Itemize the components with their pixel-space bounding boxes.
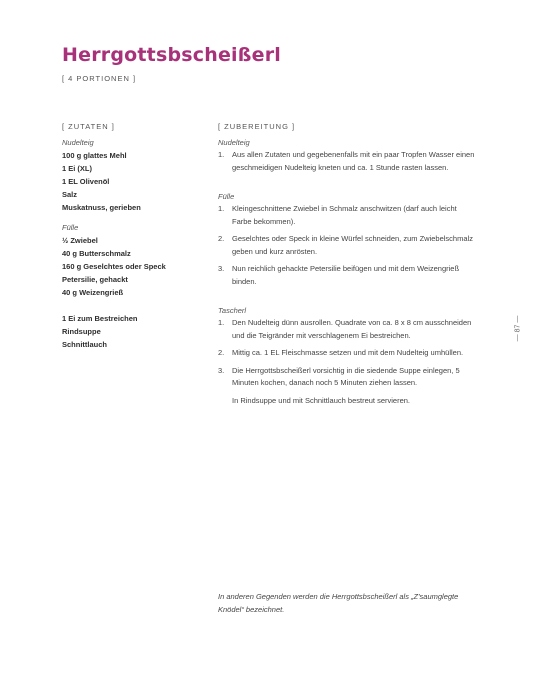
step-number: 2. bbox=[218, 347, 232, 360]
step-item: 1.Kleingeschnittene Zwiebel in Schmalz a… bbox=[218, 203, 478, 228]
step-number: 1. bbox=[218, 149, 232, 174]
ingredient-item: 160 g Geselchtes oder Speck bbox=[62, 260, 202, 273]
step-number: 3. bbox=[218, 365, 232, 390]
ingredient-item: Rindsuppe bbox=[62, 325, 202, 338]
ingredient-item: Petersilie, gehackt bbox=[62, 273, 202, 286]
step-text: Mittig ca. 1 EL Fleischmasse setzen und … bbox=[232, 347, 478, 360]
step-group-title: Nudelteig bbox=[218, 138, 478, 147]
step-item: 1.Den Nudelteig dünn ausrollen. Quadrate… bbox=[218, 317, 478, 342]
ingredient-group-title: Fülle bbox=[62, 223, 202, 232]
ingredient-item: Muskatnuss, gerieben bbox=[62, 201, 202, 214]
step-number: 1. bbox=[218, 203, 232, 228]
step-item: 1.Aus allen Zutaten und gegebenenfalls m… bbox=[218, 149, 478, 174]
step-text: Die Herrgottsbscheißerl vorsichtig in di… bbox=[232, 365, 478, 390]
ingredient-item: 1 EL Olivenöl bbox=[62, 175, 202, 188]
ingredient-item: ½ Zwiebel bbox=[62, 234, 202, 247]
page-number: — 87 — bbox=[514, 316, 521, 342]
step-group-title: Tascherl bbox=[218, 306, 478, 315]
step-text: Nun reichlich gehackte Petersilie beifüg… bbox=[232, 263, 478, 288]
spacer bbox=[218, 179, 478, 192]
step-list: 1.Kleingeschnittene Zwiebel in Schmalz a… bbox=[218, 203, 478, 288]
step-list: 1.Den Nudelteig dünn ausrollen. Quadrate… bbox=[218, 317, 478, 390]
ingredient-groups: Nudelteig100 g glattes Mehl1 Ei (XL)1 EL… bbox=[62, 138, 202, 351]
ingredient-item: 1 Ei zum Bestreichen bbox=[62, 312, 202, 325]
spacer bbox=[62, 214, 202, 223]
step-list: 1.Aus allen Zutaten und gegebenenfalls m… bbox=[218, 149, 478, 174]
recipe-title: Herrgottsbscheißerl bbox=[62, 44, 281, 66]
step-item: 2.Mittig ca. 1 EL Fleischmasse setzen un… bbox=[218, 347, 478, 360]
ingredient-item: Schnittlauch bbox=[62, 338, 202, 351]
step-number: 3. bbox=[218, 263, 232, 288]
ingredient-item: 40 g Butterschmalz bbox=[62, 247, 202, 260]
preparation-heading: [ ZUBEREITUNG ] bbox=[218, 122, 478, 131]
ingredient-item: Salz bbox=[62, 188, 202, 201]
step-item: 2.Geselchtes oder Speck in kleine Würfel… bbox=[218, 233, 478, 258]
ingredient-group-title: Nudelteig bbox=[62, 138, 202, 147]
ingredients-heading: [ ZUTATEN ] bbox=[62, 122, 202, 131]
ingredient-item: 100 g glattes Mehl bbox=[62, 149, 202, 162]
ingredient-item: 1 Ei (XL) bbox=[62, 162, 202, 175]
preparation-column: [ ZUBEREITUNG ] Nudelteig1.Aus allen Zut… bbox=[218, 122, 478, 407]
spacer bbox=[62, 299, 202, 312]
ingredient-item: 40 g Weizengrieß bbox=[62, 286, 202, 299]
spacer bbox=[218, 293, 478, 306]
step-text: Den Nudelteig dünn ausrollen. Quadrate v… bbox=[232, 317, 478, 342]
step-text: Aus allen Zutaten und gegebenenfalls mit… bbox=[232, 149, 478, 174]
step-text: Kleingeschnittene Zwiebel in Schmalz ans… bbox=[232, 203, 478, 228]
step-number: 2. bbox=[218, 233, 232, 258]
step-item: 3.Die Herrgottsbscheißerl vorsichtig in … bbox=[218, 365, 478, 390]
portions-label: [ 4 PORTIONEN ] bbox=[62, 74, 136, 83]
serving-instruction: In Rindsuppe und mit Schnittlauch bestre… bbox=[218, 395, 478, 408]
step-text: Geselchtes oder Speck in kleine Würfel s… bbox=[232, 233, 478, 258]
step-number: 1. bbox=[218, 317, 232, 342]
step-group-title: Fülle bbox=[218, 192, 478, 201]
ingredients-column: [ ZUTATEN ] Nudelteig100 g glattes Mehl1… bbox=[62, 122, 202, 351]
footnote: In anderen Gegenden werden die Herrgotts… bbox=[218, 590, 478, 616]
step-item: 3.Nun reichlich gehackte Petersilie beif… bbox=[218, 263, 478, 288]
preparation-groups: Nudelteig1.Aus allen Zutaten und gegeben… bbox=[218, 138, 478, 390]
